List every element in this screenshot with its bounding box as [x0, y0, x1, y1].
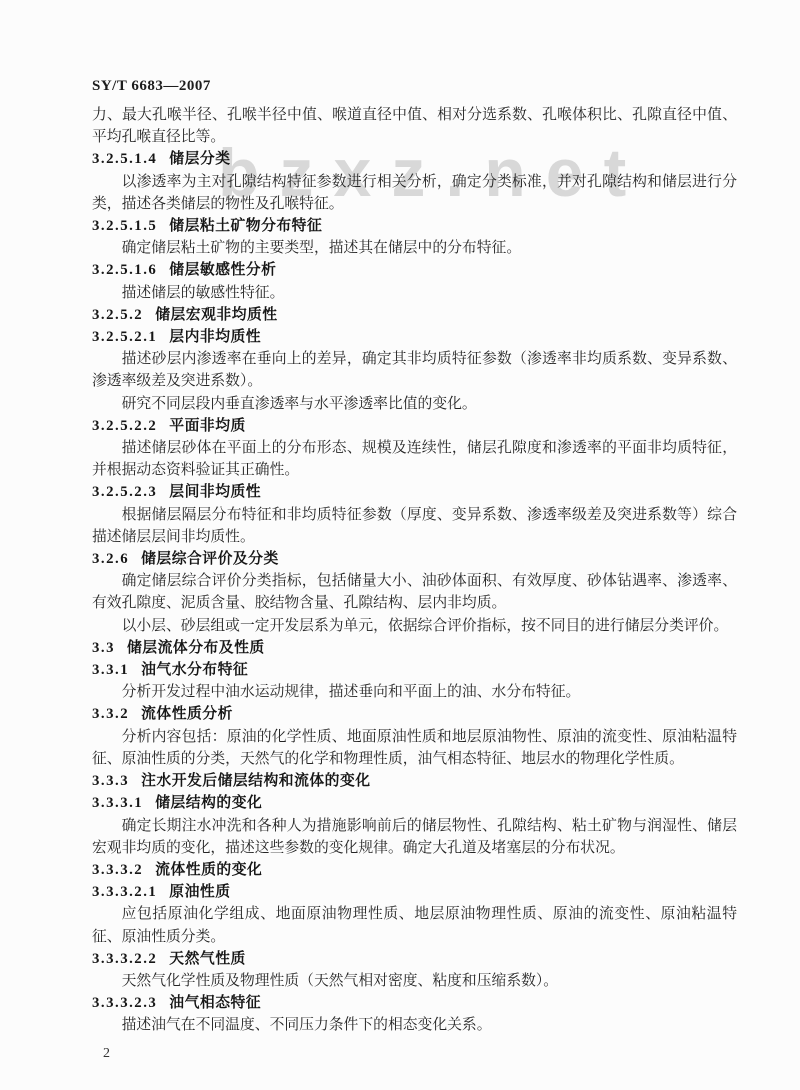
section-number: 3.3.1	[92, 662, 129, 678]
section-number: 3.2.5.2.2	[92, 418, 157, 434]
section-title: 天然气性质	[169, 951, 246, 967]
section-number: 3.2.5.1.5	[92, 218, 157, 234]
section-title: 油气相态特征	[169, 995, 261, 1011]
paragraph: 描述储层砂体在平面上的分布形态、规模及连续性，储层孔隙度和渗透率的平面非均质特征…	[92, 437, 737, 481]
paragraph: 分析开发过程中油水运动规律，描述垂向和平面上的油、水分布特征。	[92, 681, 737, 703]
section-heading: 3.2.5.1.5储层粘土矿物分布特征	[92, 215, 737, 237]
paragraph: 应包括原油化学组成、地面原油物理性质、地层原油物理性质、原油的流变性、原油粘温特…	[92, 903, 737, 947]
section-number: 3.2.5.1.6	[92, 262, 157, 278]
section-title: 储层结构的变化	[155, 795, 262, 811]
section-heading: 3.3.3.2.1原油性质	[92, 881, 737, 903]
paragraph: 以小层、砂层组或一定开发层系为单元，依据综合评价指标，按不同目的进行储层分类评价…	[92, 615, 737, 637]
scanned-document-page: bzxz.net SY/T 6683—2007 力、最大孔喉半径、孔喉半径中值、…	[0, 0, 800, 1090]
paragraph: 根据储层隔层分布特征和非均质特征参数（厚度、变异系数、渗透率级差及突进系数等）综…	[92, 504, 737, 548]
section-title: 注水开发后储层结构和流体的变化	[141, 773, 370, 789]
section-heading: 3.3.3.2.3油气相态特征	[92, 992, 737, 1014]
section-number: 3.3.3.2.2	[92, 951, 157, 967]
section-number: 3.2.5.2.3	[92, 484, 157, 500]
section-number: 3.2.5.2.1	[92, 329, 157, 345]
section-heading: 3.2.5.1.6储层敏感性分析	[92, 259, 737, 281]
page-number: 2	[103, 1046, 110, 1062]
section-title: 层间非均质性	[169, 484, 261, 500]
standard-code-header: SY/T 6683—2007	[92, 78, 211, 95]
paragraph: 确定长期注水冲洗和各种人为措施影响前后的储层物性、孔隙结构、粘土矿物与润湿性、储…	[92, 815, 737, 859]
section-title: 平面非均质	[169, 418, 246, 434]
section-title: 流体性质分析	[141, 706, 233, 722]
section-number: 3.3.2	[92, 706, 129, 722]
section-heading: 3.3.3.2.2天然气性质	[92, 948, 737, 970]
paragraph: 天然气化学性质及物理性质（天然气相对密度、粘度和压缩系数）。	[92, 970, 737, 992]
paragraph: 研究不同层段内垂直渗透率与水平渗透率比值的变化。	[92, 393, 737, 415]
section-heading: 3.3.3.2流体性质的变化	[92, 859, 737, 881]
section-number: 3.2.5.1.4	[92, 151, 157, 167]
paragraph: 描述砂层内渗透率在垂向上的差异，确定其非均质特征参数（渗透率非均质系数、变异系数…	[92, 348, 737, 392]
paragraph: 力、最大孔喉半径、孔喉半径中值、喉道直径中值、相对分选系数、孔喉体积比、孔隙直径…	[92, 104, 737, 148]
section-number: 3.3.3.2.3	[92, 995, 157, 1011]
section-title: 储层流体分布及性质	[127, 640, 265, 656]
section-number: 3.3.3	[92, 773, 129, 789]
paragraph: 确定储层综合评价分类指标，包括储量大小、油砂体面积、有效厚度、砂体钻遇率、渗透率…	[92, 570, 737, 614]
section-title: 储层粘土矿物分布特征	[169, 218, 322, 234]
paragraph: 描述储层的敏感性特征。	[92, 282, 737, 304]
section-number: 3.3.3.2.1	[92, 884, 157, 900]
section-heading: 3.2.5.1.4储层分类	[92, 148, 737, 170]
section-title: 储层宏观非均质性	[155, 307, 277, 323]
paragraph: 分析内容包括：原油的化学性质、地面原油性质和地层原油物性、原油的流变性、原油粘温…	[92, 726, 737, 770]
section-heading: 3.3.1油气水分布特征	[92, 659, 737, 681]
section-heading: 3.2.5.2储层宏观非均质性	[92, 304, 737, 326]
section-title: 储层敏感性分析	[169, 262, 276, 278]
document-body: 力、最大孔喉半径、孔喉半径中值、喉道直径中值、相对分选系数、孔喉体积比、孔隙直径…	[92, 104, 737, 1037]
paragraph: 描述油气在不同温度、不同压力条件下的相态变化关系。	[92, 1014, 737, 1036]
section-heading: 3.3.2流体性质分析	[92, 703, 737, 725]
section-title: 储层分类	[169, 151, 230, 167]
section-heading: 3.3.3.1储层结构的变化	[92, 792, 737, 814]
section-title: 油气水分布特征	[141, 662, 248, 678]
section-number: 3.3	[92, 640, 115, 656]
section-number: 3.3.3.2	[92, 862, 143, 878]
section-heading: 3.2.6储层综合评价及分类	[92, 548, 737, 570]
section-number: 3.3.3.1	[92, 795, 143, 811]
paragraph: 确定储层粘土矿物的主要类型，描述其在储层中的分布特征。	[92, 237, 737, 259]
section-heading: 3.3.3注水开发后储层结构和流体的变化	[92, 770, 737, 792]
section-heading: 3.2.5.2.1层内非均质性	[92, 326, 737, 348]
section-heading: 3.2.5.2.3层间非均质性	[92, 481, 737, 503]
section-number: 3.2.5.2	[92, 307, 143, 323]
section-title: 层内非均质性	[169, 329, 261, 345]
section-heading: 3.3储层流体分布及性质	[92, 637, 737, 659]
section-title: 流体性质的变化	[155, 862, 262, 878]
paragraph: 以渗透率为主对孔隙结构特征参数进行相关分析，确定分类标准，并对孔隙结构和储层进行…	[92, 171, 737, 215]
section-number: 3.2.6	[92, 551, 129, 567]
section-title: 储层综合评价及分类	[141, 551, 279, 567]
section-heading: 3.2.5.2.2平面非均质	[92, 415, 737, 437]
section-title: 原油性质	[169, 884, 230, 900]
